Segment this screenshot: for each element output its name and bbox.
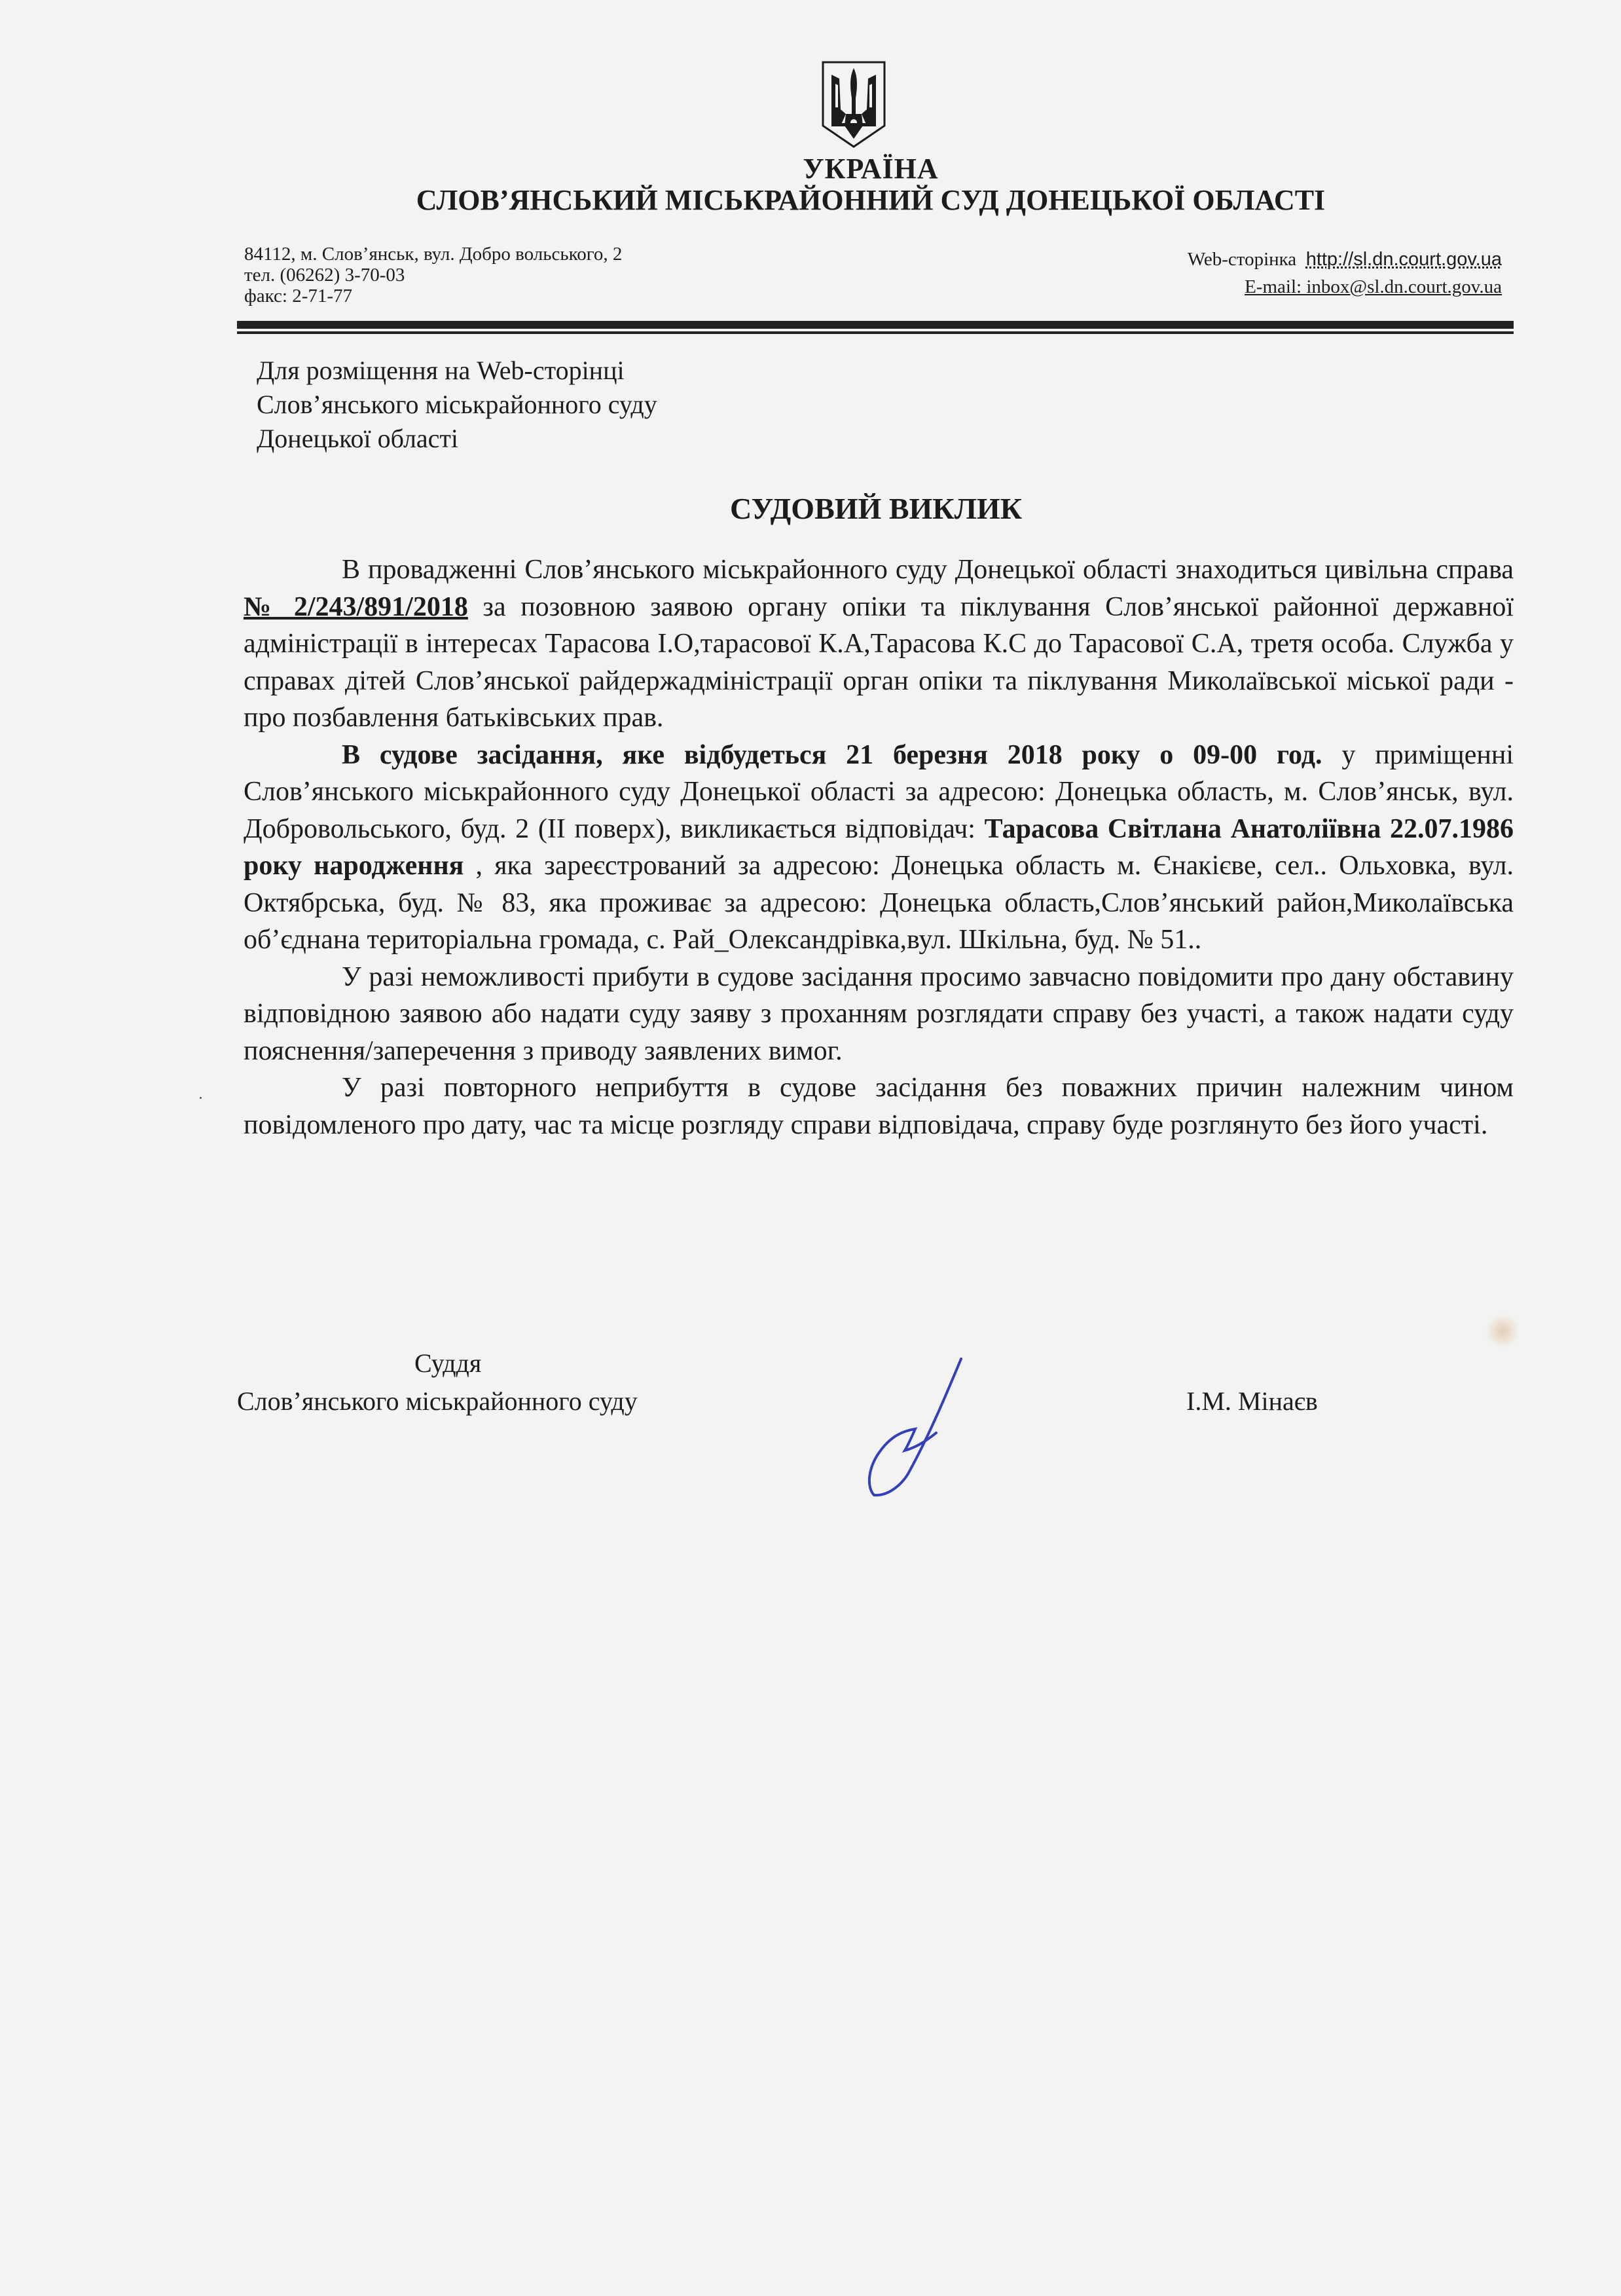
- email-link[interactable]: E-mail: inbox@sl.dn.court.gov.ua: [1188, 273, 1502, 301]
- court-contacts-right: Web-сторінка http://sl.dn.court.gov.ua E…: [1188, 246, 1502, 301]
- postal-address: 84112, м. Слов’янськ, вул. Добро вольськ…: [244, 244, 622, 265]
- paper-stain: [1486, 1313, 1519, 1349]
- fax-number: факс: 2-71-77: [244, 286, 622, 306]
- handwritten-signature-icon: [812, 1356, 969, 1500]
- judge-name: І.М. Мінаєв: [1186, 1386, 1318, 1416]
- case-number: № 2/243/891/2018: [244, 592, 468, 622]
- court-contacts-left: 84112, м. Слов’янськ, вул. Добро вольськ…: [244, 244, 622, 306]
- placement-line: Для розміщення на Web-сторінці: [257, 354, 657, 388]
- court-summons-page: УКРАЇНА СЛОВ’ЯНСЬКИЙ МІСЬКРАЙОННИЙ СУД Д…: [0, 0, 1621, 2296]
- paragraph-absence: У разі неможливості прибути в судове зас…: [244, 959, 1514, 1070]
- paragraph-hearing: В судове засідання, яке відбудеться 21 б…: [244, 737, 1514, 959]
- placement-line: Донецької області: [257, 422, 657, 456]
- country-heading: УКРАЇНА: [60, 152, 1621, 185]
- header-divider-thick: [237, 321, 1514, 329]
- placement-line: Слов’янського міськрайонного суду: [257, 388, 657, 422]
- judge-title: Суддя: [414, 1348, 481, 1379]
- header-divider-thin: [237, 331, 1514, 334]
- document-title: СУДОВИЙ ВИКЛИК: [65, 491, 1621, 526]
- hearing-datetime: В судове засідання, яке відбудеться 21 б…: [342, 740, 1322, 770]
- paper-speck: [200, 1097, 202, 1099]
- summons-body: В провадженні Слов’янського міськрайонно…: [244, 551, 1514, 1143]
- phone-number: тел. (06262) 3-70-03: [244, 265, 622, 286]
- web-label: Web-сторінка: [1188, 249, 1296, 270]
- court-heading: СЛОВ’ЯНСЬКИЙ МІСЬКРАЙОННИЙ СУД ДОНЕЦЬКОЇ…: [60, 183, 1621, 217]
- paragraph-case: В провадженні Слов’янського міськрайонно…: [244, 551, 1514, 737]
- judge-court: Слов’янського міськрайонного суду: [237, 1386, 638, 1416]
- paragraph-repeat-absence: У разі повторного неприбуття в судове за…: [244, 1069, 1514, 1143]
- website-link[interactable]: http://sl.dn.court.gov.ua: [1306, 249, 1502, 270]
- placement-note: Для розміщення на Web-сторінці Слов’янсь…: [257, 354, 657, 456]
- trident-coat-of-arms-icon: [821, 60, 886, 149]
